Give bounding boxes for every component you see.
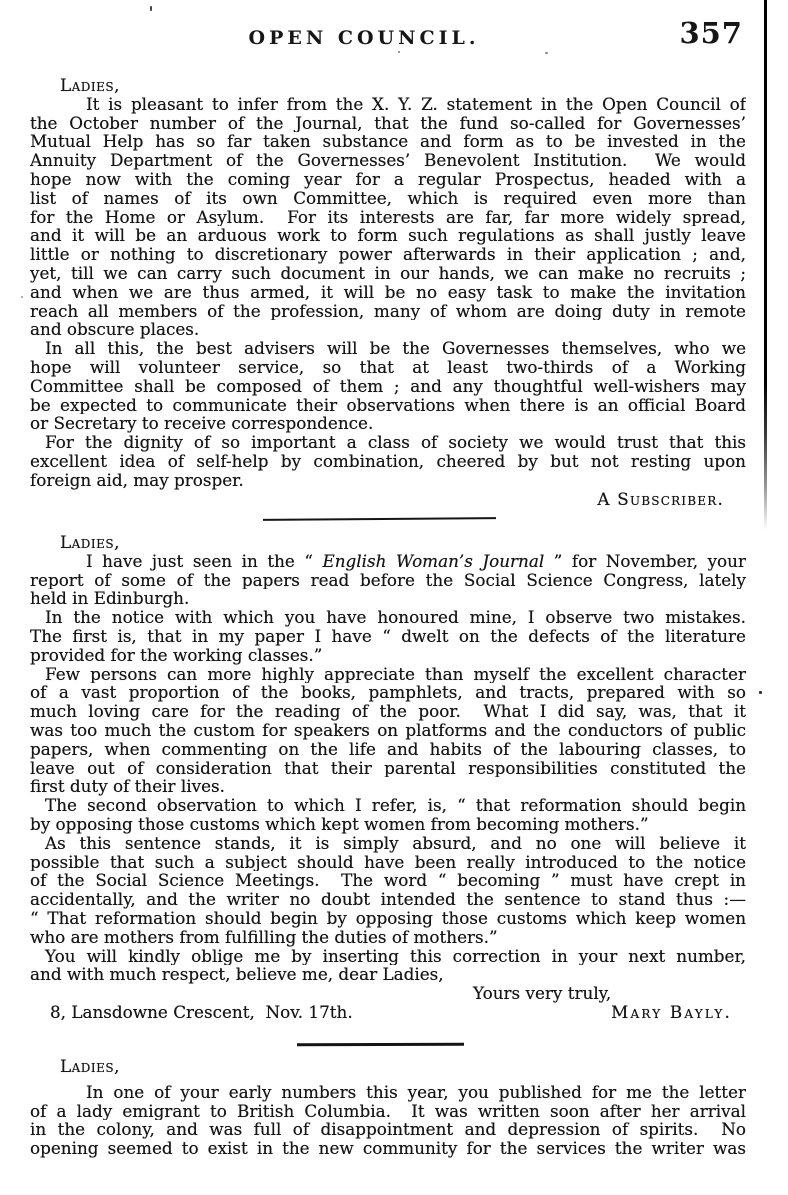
text-line: of a vast proportion of the books, pamph…	[30, 683, 746, 702]
paragraph: In one of your early numbers this year, …	[30, 1083, 746, 1158]
paragraph: In all this, the best advisers will be t…	[30, 339, 746, 433]
scan-speck	[759, 691, 762, 694]
text-line: of a lady emigrant to British Columbia. …	[30, 1102, 746, 1121]
paragraph: You will kindly oblige me by inserting t…	[30, 947, 746, 985]
italic-journal-title: English Woman’s Journal	[322, 552, 544, 571]
text-line: for the Home or Asylum. For its interest…	[30, 208, 746, 227]
text-line: yet, till we can carry such document in …	[30, 264, 746, 283]
page-title: OPEN COUNCIL.	[0, 27, 728, 49]
text-line: excellent idea of self-help by combinati…	[30, 452, 746, 471]
text-line: You will kindly oblige me by inserting t…	[30, 947, 746, 966]
text-line: The second observation to which I refer,…	[30, 796, 746, 815]
text-line: the October number of the Journal, that …	[30, 114, 746, 133]
text-line: In the notice with which you have honour…	[30, 608, 746, 627]
address-date: 8, Lansdowne Crescent, Nov. 17th.	[50, 1003, 353, 1022]
scan-speck	[398, 51, 400, 53]
signature: A Subscriber.	[30, 490, 746, 509]
text-segment: I have just seen in the “	[86, 552, 322, 571]
scan-speck	[150, 6, 152, 11]
salutation: Ladies,	[60, 76, 746, 95]
text-line: foreign aid, may prosper.	[30, 471, 746, 490]
salutation: Ladies,	[60, 1057, 746, 1076]
scan-edge-line	[764, 0, 767, 530]
text-line: Committee shall be composed of them ; an…	[30, 377, 746, 396]
paragraph: In the notice with which you have honour…	[30, 608, 746, 664]
signature: Mary Bayly.	[611, 1003, 746, 1022]
scanned-page: OPEN COUNCIL. 357 Ladies,It is pleasant …	[0, 0, 788, 1195]
paragraph: It is pleasant to infer from the X. Y. Z…	[30, 95, 746, 339]
text-line: held in Edinburgh.	[30, 589, 746, 608]
text-line: who are mothers from fulfilling the duti…	[30, 928, 746, 947]
text-line: report of some of the papers read before…	[30, 571, 746, 590]
text-line: provided for the working classes.”	[30, 646, 746, 665]
text-line: I have just seen in the “ English Woman’…	[30, 552, 746, 571]
page-number: 357	[679, 16, 743, 50]
scan-speck	[21, 296, 23, 298]
letter-subscriber: Ladies,It is pleasant to infer from the …	[30, 76, 746, 508]
text-line: reach all members of the profession, man…	[30, 302, 746, 321]
text-line: For the dignity of so important a class …	[30, 433, 746, 452]
text-line: opening seemed to exist in the new commu…	[30, 1139, 746, 1158]
text-line: and when we are thus armed, it will be n…	[30, 283, 746, 302]
text-line: and obscure places.	[30, 320, 746, 339]
text-line: accidentally, and the writer no doubt in…	[30, 890, 746, 909]
paragraph: As this sentence stands, it is simply ab…	[30, 834, 746, 947]
text-line: first duty of their lives.	[30, 777, 746, 796]
paragraph: The second observation to which I refer,…	[30, 796, 746, 834]
text-line: of the Social Science Meetings. The word…	[30, 871, 746, 890]
text-line: possible that such a subject should have…	[30, 853, 746, 872]
section-divider	[263, 517, 496, 521]
letter-mary-bayly: Ladies,I have just seen in the “ English…	[30, 533, 746, 1022]
text-line: As this sentence stands, it is simply ab…	[30, 834, 746, 853]
text-line: in the colony, and was full of disappoin…	[30, 1120, 746, 1139]
text-line: and it will be an arduous work to form s…	[30, 226, 746, 245]
text-line: It is pleasant to infer from the X. Y. Z…	[30, 95, 746, 114]
text-segment: ” for November, your	[544, 552, 746, 571]
scan-speck	[545, 52, 548, 54]
text-line: be expected to communicate their observa…	[30, 396, 746, 415]
section-divider	[297, 1043, 464, 1047]
text-line: much loving care for the reading of the …	[30, 702, 746, 721]
text-line: leave out of consideration that their pa…	[30, 759, 746, 778]
text-line: The first is, that in my paper I have “ …	[30, 627, 746, 646]
paragraph: I have just seen in the “ English Woman’…	[30, 552, 746, 608]
valediction: Yours very truly,	[473, 984, 746, 1003]
text-line: list of names of its own Committee, whic…	[30, 189, 746, 208]
text-line: hope now with the coming year for a regu…	[30, 170, 746, 189]
text-line: In all this, the best advisers will be t…	[30, 339, 746, 358]
text-line: papers, when commenting on the life and …	[30, 740, 746, 759]
text-line: and with much respect, believe me, dear …	[30, 965, 746, 984]
letter-emigrant: Ladies,In one of your early numbers this…	[30, 1057, 746, 1158]
salutation: Ladies,	[60, 533, 746, 552]
text-line: “ That reformation should begin by oppos…	[30, 909, 746, 928]
text-line: hope will volunteer service, so that at …	[30, 358, 746, 377]
paragraph: For the dignity of so important a class …	[30, 433, 746, 489]
text-line: Annuity Department of the Governesses’ B…	[30, 151, 746, 170]
closing-row: 8, Lansdowne Crescent, Nov. 17th.Mary Ba…	[30, 1003, 746, 1022]
paragraph: Few persons can more highly appreciate t…	[30, 665, 746, 797]
text-line: by opposing those customs which kept wom…	[30, 815, 746, 834]
text-line: little or nothing to discretionary power…	[30, 245, 746, 264]
text-line: In one of your early numbers this year, …	[30, 1083, 746, 1102]
text-line: or Secretary to receive correspondence.	[30, 414, 746, 433]
text-line: Mutual Help has so far taken substance a…	[30, 132, 746, 151]
text-line: Few persons can more highly appreciate t…	[30, 665, 746, 684]
text-line: was too much the custom for speakers on …	[30, 721, 746, 740]
